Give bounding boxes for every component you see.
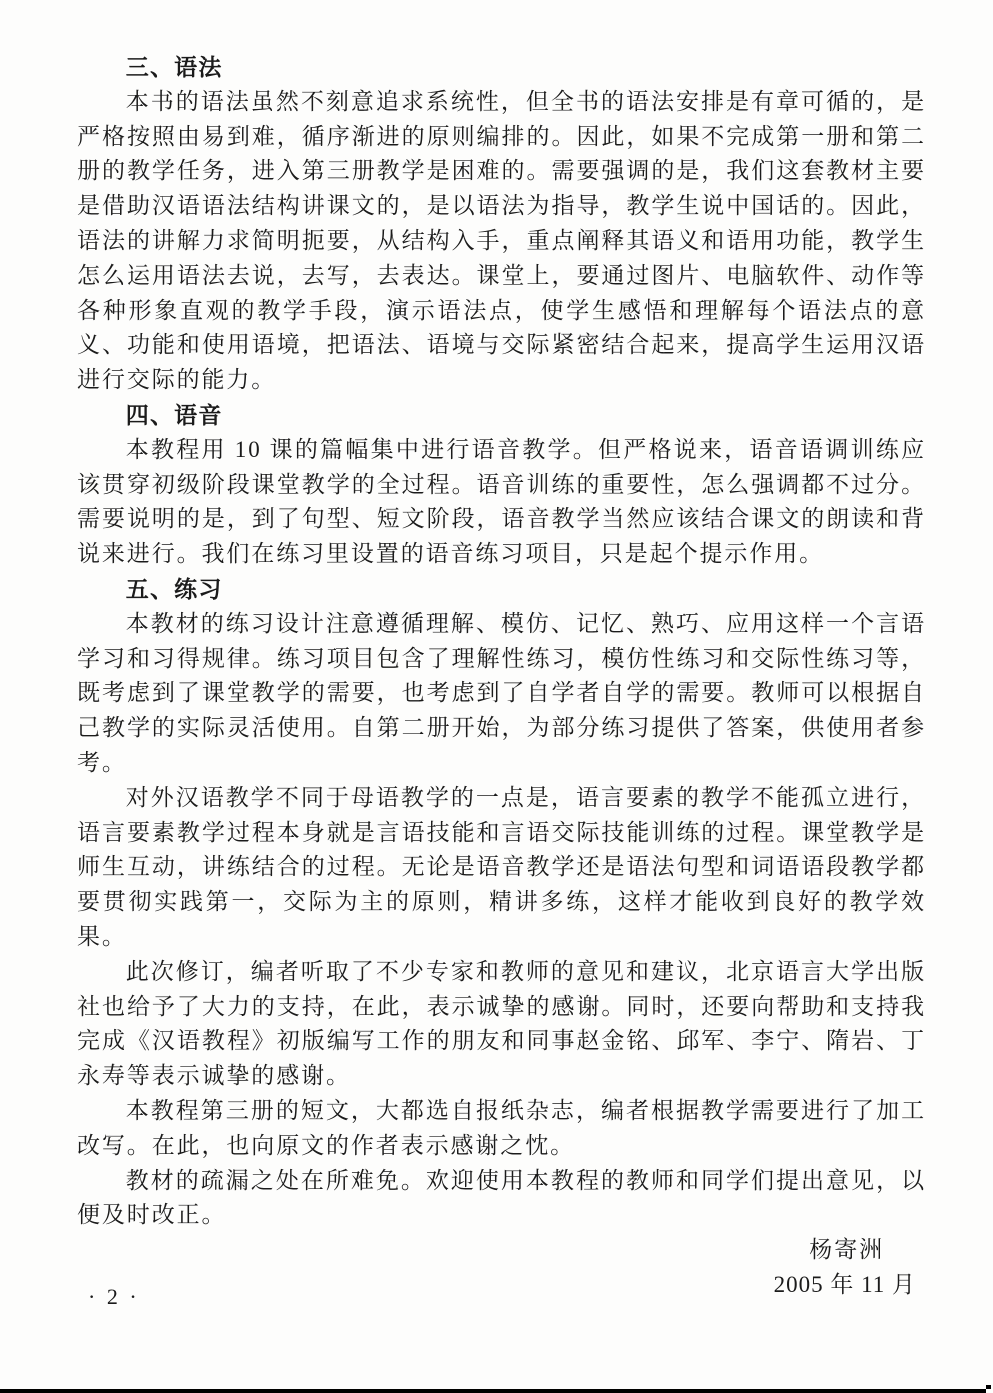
paragraph-feedback-request: 教材的疏漏之处在所难免。欢迎使用本教程的教师和同学们提出意见，以便及时改正。 (77, 1164, 926, 1234)
scan-artifact-dot (986, 1385, 991, 1389)
page-number: · 2 · (88, 1284, 140, 1310)
section-heading-pronunciation: 四、语音 (77, 398, 926, 433)
paragraph-source-texts: 本教程第三册的短文，大都选自报纸杂志，编者根据教学需要进行了加工改写。在此，也向… (77, 1094, 926, 1164)
paragraph-grammar: 本书的语法虽然不刻意追求系统性，但全书的语法安排是有章可循的，是严格按照由易到难… (77, 85, 926, 398)
date-line: 2005 年 11 月 (77, 1268, 926, 1303)
scanned-book-page: 三、语法 本书的语法虽然不刻意追求系统性，但全书的语法安排是有章可循的，是严格按… (0, 0, 993, 1393)
author-signature: 杨寄洲 (77, 1233, 926, 1268)
scan-artifact-line (0, 1389, 986, 1393)
section-heading-grammar: 三、语法 (77, 50, 926, 85)
paragraph-language-elements: 对外汉语教学不同于母语教学的一点是，语言要素的教学不能孤立进行，语言要素教学过程… (77, 781, 926, 955)
paragraph-exercises-design: 本教材的练习设计注意遵循理解、模仿、记忆、熟巧、应用这样一个言语学习和习得规律。… (77, 607, 926, 781)
section-heading-exercises: 五、练习 (77, 572, 926, 607)
paragraph-pronunciation: 本教程用 10 课的篇幅集中进行语音教学。但严格说来，语音语调训练应该贯穿初级阶… (77, 433, 926, 572)
page-text-block: 三、语法 本书的语法虽然不刻意追求系统性，但全书的语法安排是有章可循的，是严格按… (77, 0, 926, 1303)
paragraph-revision-thanks: 此次修订，编者听取了不少专家和教师的意见和建议，北京语言大学出版社也给予了大力的… (77, 955, 926, 1094)
